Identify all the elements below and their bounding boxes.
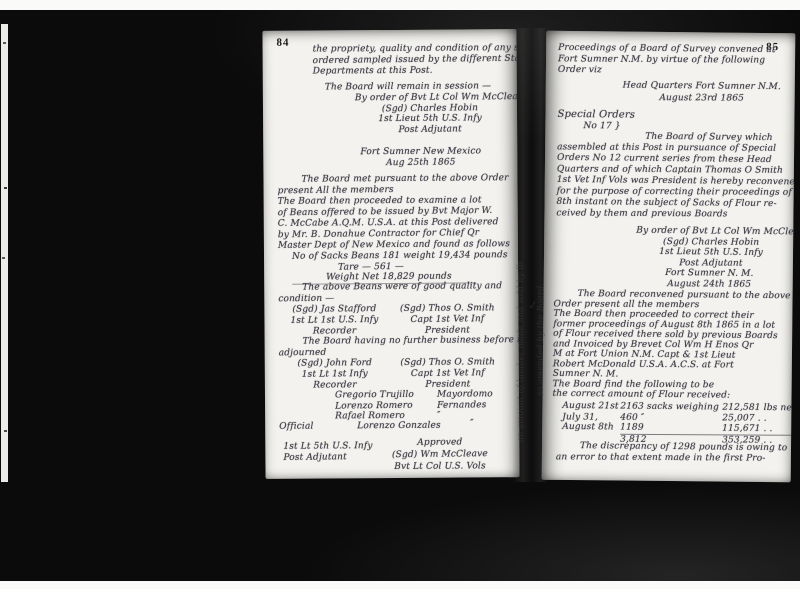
handwritten-line: By order of Bvt Lt Col Wm McCleave [636,226,786,238]
table-cell: 115,671 . . [722,424,792,435]
handwritten-line: and Invoiced by Brevet Col Wm H Enos Qr [553,339,790,350]
witness-roles: MayordomoFernandes″ [437,389,493,421]
signature-recorder: (Sgd) John Ford1st Lt 1st InfyRecorder [281,358,389,392]
handwritten-line: (Sgd) Wm McCleave [377,448,502,461]
handwritten-line: Tare — 561 — [292,260,508,273]
paragraph-reconvened: The Board reconvened pursuant to the abo… [553,289,791,401]
handwritten-line: Post Adjutant [355,123,505,135]
handwritten-line: Order viz [558,65,776,78]
dateline-aug25: Fort Sumner New MexicoAug 25th 1865 [348,146,493,169]
ditto-mark: ″ [470,418,474,429]
handwritten-line: August 23rd 1865 [618,92,786,105]
handwritten-line: (Sgd) Charles Hobin [636,236,786,247]
film-edge-strip [1,24,8,482]
signature-row-1: (Sgd) Jas Stafford1st Lt 1st U.S. InfyRe… [280,303,506,338]
table-cell: July 31, [562,412,620,423]
flour-amount-table: August 21st2163 sacks weighing212,581 lb… [562,401,792,446]
witness-gonzales: Lorenzo Gonzales [357,421,441,433]
adjutant-signature-block: 1st Lt 5th U.S. InfyPost Adjutant [283,441,372,463]
handwritten-line: Quarters and of which Captain Thomas O S… [557,164,795,177]
handwritten-line: an error to that extent made in the firs… [556,452,787,464]
handwritten-line: (Sgd) Charles Hobin [355,102,505,114]
beans-weight-figures: No of Sacks Beans 181 weight 19,434 poun… [292,250,508,284]
ledger-page-84: 84 the propriety, quality and condition … [262,29,519,479]
handwritten-line: assembled at this Post in pursuance of S… [557,142,795,155]
handwritten-line: 1st Lieut 5th U.S. Infy [355,113,505,125]
handwritten-line: The Board find the following to be [553,379,790,390]
table-row: July 31,460 ″25,007 . . [562,412,792,424]
check-mark-icon: ✓ [527,297,539,312]
handwritten-line: Robert McDonald U.S.A. A.C.S. at Fort [553,359,790,370]
handwritten-line: Official [279,422,313,433]
handwritten-line: for the purpose of correcting their proc… [557,186,796,199]
page-number-left: 84 [276,38,289,49]
handwritten-line: 1st Lieut 5th U.S. Infy [636,247,786,259]
handwritten-line: 1st Lt 5th U.S. Infy [283,441,372,452]
handwritten-line: By order of Bvt Lt Col Wm McCleave [355,92,505,104]
paragraph-board-met: The Board met pursuant to the above Orde… [277,173,510,252]
paragraph-adjourned: The Board having no further business bef… [279,335,520,359]
ledger-page-85: 85 Proceedings of a Board of Survey conv… [542,31,796,483]
handwritten-line: 1st Lt 1st Infy [281,369,389,381]
handwritten-line: ″ [470,418,474,429]
paragraph-discrepancy: The discrepancy of 1298 pounds is owing … [556,441,788,465]
handwritten-line: Fort Sumner N.M. by virtue of the follow… [558,54,776,66]
order-signature-block: By order of Bvt Lt Col Wm McCleave(Sgd) … [355,92,505,135]
handwritten-line: the correct amount of Flour received: [553,389,790,401]
handwritten-line: former proceedings of August 8th 1865 in… [553,319,790,330]
film-speck [3,42,6,44]
paragraph-proceedings: Proceedings of a Board of Survey convene… [558,43,776,78]
handwritten-line: Capt 1st Vet Inf [388,314,506,326]
table-cell: 2163 sacks weighing [620,402,722,414]
signature-president: (Sgd) Thos O. SmithCapt 1st Vet InfPresi… [388,303,506,337]
handwritten-line: Order present all the members [553,299,790,310]
handwritten-line: Lorenzo Romero [335,400,414,411]
order-signature-block: By order of Bvt Lt Col Wm McCleave(Sgd) … [636,226,786,270]
handwritten-line: Special Orders [557,109,635,121]
handwritten-line: Post Adjutant [283,451,372,463]
table-cell: 25,007 . . [722,413,792,424]
handwritten-line: Gregorio Trujillo [335,390,414,401]
handwritten-line: Capt 1st Vet Inf [389,368,507,380]
paragraph-special-order-17: The Board of Survey whichassembled at th… [556,131,795,222]
paragraph-supplies: the propriety, quality and condition of … [313,43,520,78]
official-label: Official [279,422,313,433]
handwritten-line: ″ [437,410,493,421]
approved-block: Approved(Sgd) Wm McCleaveBvt Lt Col U.S.… [377,436,502,473]
signature-president: (Sgd) Thos O. SmithCapt 1st Vet InfPresi… [389,357,507,391]
table-cell: August 8th [562,422,620,433]
handwritten-line: Fernandes [437,400,493,411]
handwritten-line: Bvt Lt Col U.S. Vols [377,460,502,473]
handwritten-line: Mayordomo [437,389,493,400]
table-cell: 460 ″ [620,412,722,423]
handwritten-line: ceived by them and previous Boards [556,208,795,221]
special-orders-label: Special Orders [557,109,635,121]
headquarters-dateline: Head Quarters Fort Sumner N.M.August 23r… [618,79,786,105]
handwritten-line: Departments at this Post. [313,65,520,78]
signature-row-2: (Sgd) John Ford1st Lt 1st InfyRecorder (… [281,357,507,392]
dateline-aug24: Fort Sumner N. M.August 24th 1865 [642,268,777,291]
handwritten-line: Aug 25th 1865 [348,157,493,170]
signature-recorder: (Sgd) Jas Stafford1st Lt 1st U.S. InfyRe… [280,304,388,338]
table-cell: 1189 [620,423,722,435]
gutter-marginalia: an amount of lumber made and sold by lb [516,261,525,442]
witness-names: Gregorio TrujilloLorenzo RomeroRafael Ro… [335,390,414,422]
microfilm-scan: 84 the propriety, quality and condition … [0,0,800,589]
table-cell: 212,581 lbs net [722,403,792,414]
handwritten-line: Lorenzo Gonzales [357,421,441,433]
handwritten-line: ordered sampled issued by the different … [313,53,520,67]
handwritten-line: 1st Lt 1st U.S. Infy [280,315,388,327]
paragraph-quality: The above Beans were of good quality and… [278,281,502,305]
table-cell: August 21st [562,401,620,412]
